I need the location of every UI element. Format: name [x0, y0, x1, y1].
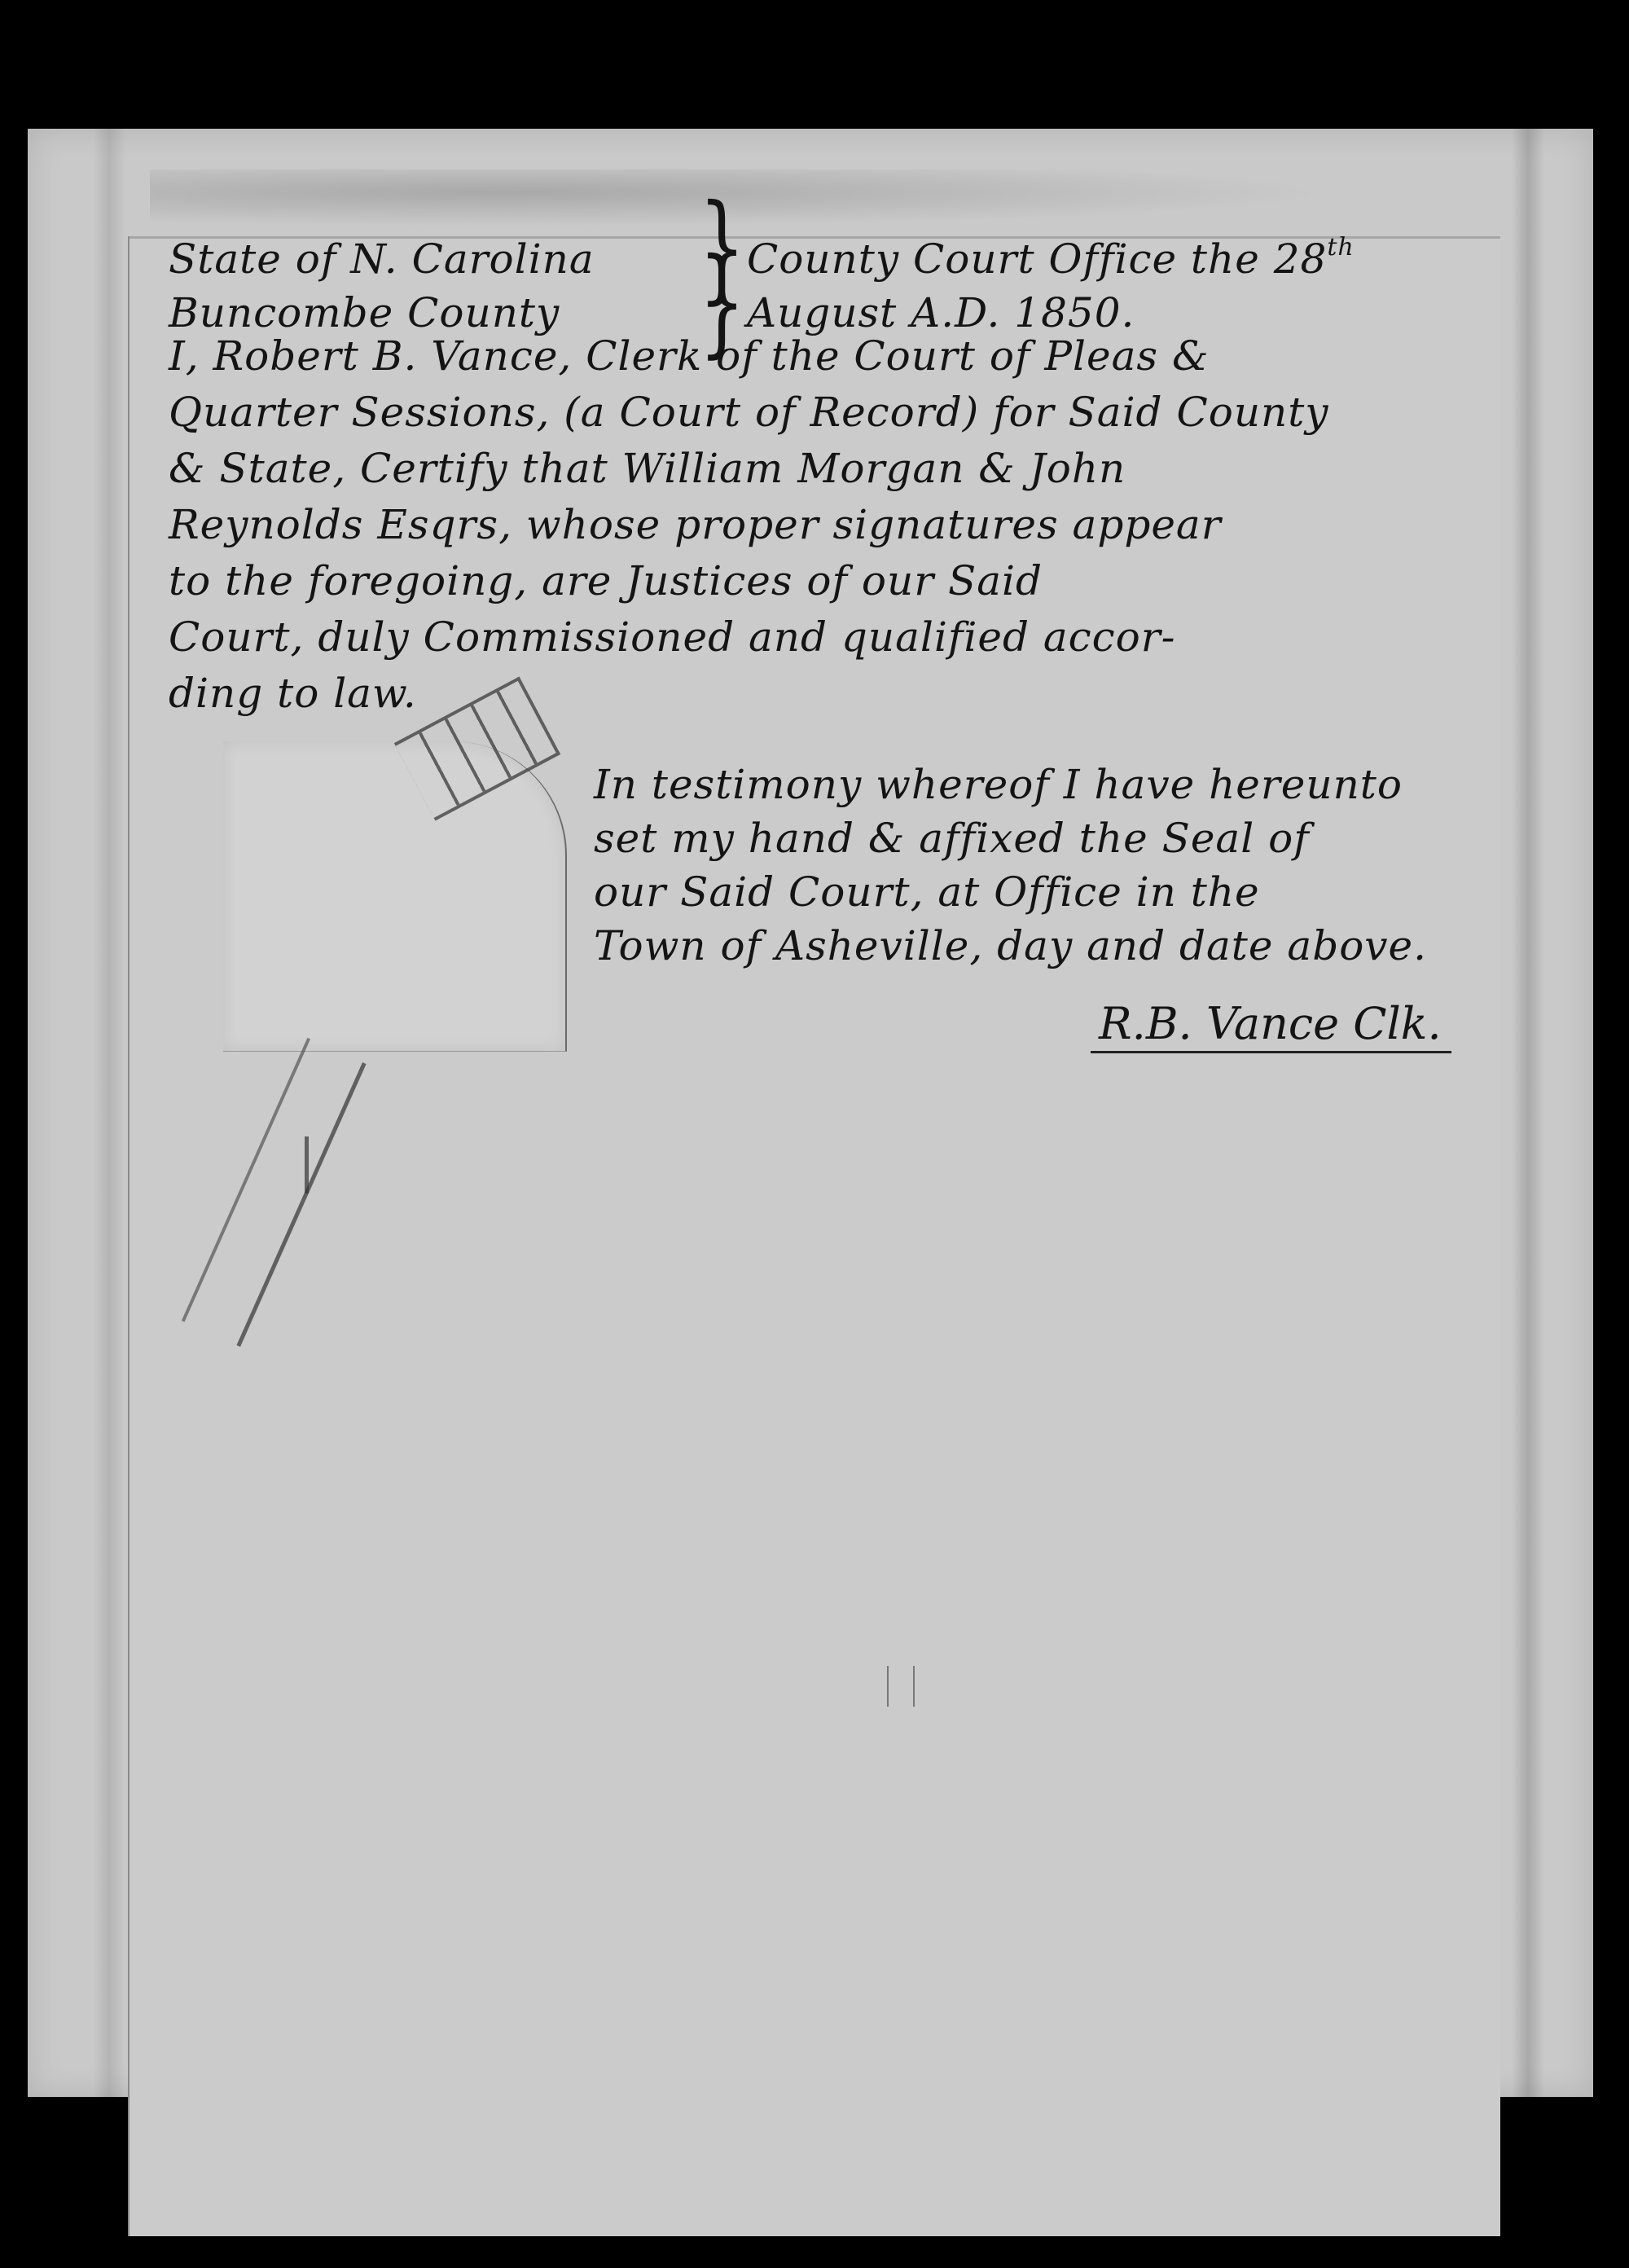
body-line: Quarter Sessions, (a Court of Record) fo…	[169, 385, 1504, 442]
testimony-line: Town of Asheville, day and date above.	[594, 919, 1490, 973]
clerk-signature: R.B. Vance Clk.	[1091, 998, 1451, 1053]
header-office-text: County Court Office the 28	[747, 235, 1327, 283]
embossed-seal	[223, 741, 567, 1052]
body-line: Court, duly Commissioned and qualified a…	[169, 610, 1504, 666]
date-ordinal: th	[1327, 233, 1354, 262]
ribbon-tail-icon	[182, 1038, 367, 1347]
front-sheet: State of N. Carolina } County Court Offi…	[128, 236, 1500, 2236]
testimony-clause: In testimony whereof I have hereunto set…	[594, 758, 1490, 973]
body-line: ding to law.	[169, 666, 1504, 723]
header-office: County Court Office the 28th	[747, 220, 1504, 287]
body-line: I, Robert B. Vance, Clerk of the Court o…	[169, 329, 1504, 385]
body-line: to the foregoing, are Justices of our Sa…	[169, 554, 1504, 610]
certificate-body: I, Robert B. Vance, Clerk of the Court o…	[169, 329, 1504, 723]
testimony-line: our Said Court, at Office in the	[594, 865, 1490, 919]
header-row-1: State of N. Carolina } County Court Offi…	[169, 220, 1504, 275]
testimony-line: In testimony whereof I have hereunto	[594, 758, 1490, 811]
body-line: Reynolds Esqrs, whose proper signatures …	[169, 498, 1504, 554]
pencil-mark	[887, 1666, 915, 1707]
header-state: State of N. Carolina	[169, 232, 698, 287]
fold-line-left	[93, 129, 125, 2097]
fold-line-right	[1512, 129, 1544, 2097]
body-line: & State, Certify that William Morgan & J…	[169, 442, 1504, 498]
document-header: State of N. Carolina } County Court Offi…	[169, 220, 1504, 329]
testimony-line: set my hand & affixed the Seal of	[594, 811, 1490, 865]
